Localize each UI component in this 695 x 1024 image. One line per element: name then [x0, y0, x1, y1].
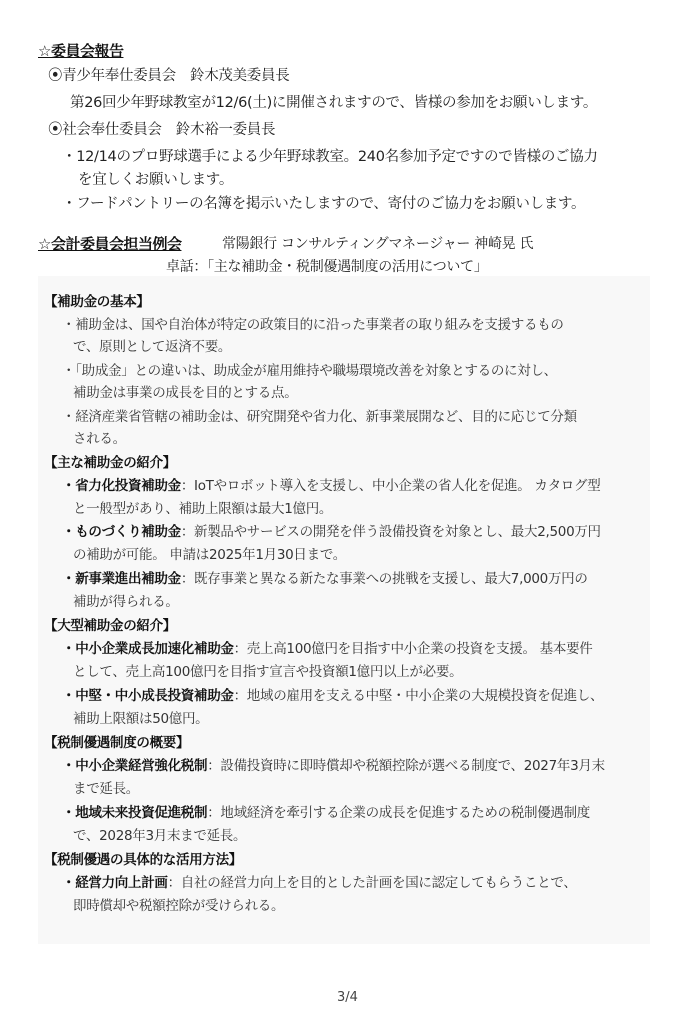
committee-text: ・フードパントリーの名簿を掲示いたしますので、寄付のご協力をお願いします。 — [62, 192, 585, 213]
tax-item: ・地域未来投資促進税制：地域経済を牽引する企業の成長を促進するための税制優遇制度 — [62, 801, 590, 821]
section-heading: 【補助金の基本】 — [44, 290, 150, 310]
subsidy-item: ・省力化投資補助金：IoTやロボット導入を支援し、中小企業の省人化を促進。 カタ… — [62, 474, 600, 494]
section-heading: 【税制優遇制度の概要】 — [44, 731, 189, 751]
subsidy-item-cont: として、売上高100億円を目指す宣言や投資額1億円以上が必要。 — [73, 660, 462, 680]
committee-text: を宜しくお願いします。 — [78, 168, 233, 189]
tax-item-cont: 即時償却や税額控除が受けられる。 — [73, 894, 284, 914]
tax-item: ・経営力向上計画：自社の経営力向上を目的とした計画を国に認定してもらうことで、 — [62, 871, 577, 891]
tax-item-cont: まで延長。 — [73, 777, 139, 797]
section-heading: 【税制優遇の具体的な活用方法】 — [44, 848, 242, 868]
subsidy-item-cont: 補助が得られる。 — [73, 590, 179, 610]
section-heading: 【大型補助金の紹介】 — [44, 614, 176, 634]
committee-heading: ⦿青少年奉仕委員会 鈴木茂美委員長 — [48, 64, 289, 85]
tax-item-cont: で、2028年3月末まで延長。 — [73, 824, 246, 844]
subsidy-item: ・新事業進出補助金：既存事業と異なる新たな事業への挑戦を支援し、最大7,000万… — [62, 567, 588, 587]
section-line: される。 — [73, 427, 126, 447]
section-line: 補助金は事業の成長を目的とする点。 — [73, 381, 297, 401]
committee-text: ・12/14のプロ野球選手による少年野球教室。240名参加予定ですので皆様のご協… — [62, 145, 598, 166]
subsidy-item-cont: の補助が可能。 申請は2025年1月30日まで。 — [73, 543, 346, 563]
example-meeting-title: ☆会計委員会担当例会 — [38, 233, 181, 254]
section-line: で、原則として返済不要。 — [73, 335, 231, 355]
talk-title: 卓話：「主な補助金・税制優遇制度の活用について」 — [166, 256, 488, 276]
subsidy-item-cont: と一般型があり、補助上限額は最大1億円。 — [73, 497, 332, 517]
committee-text: 第26回少年野球教室が12/6(土)に開催されますので、皆様の参加をお願いします… — [70, 91, 597, 112]
subsidy-item: ・中小企業成長加速化補助金：売上高100億円を目指す中小企業の投資を支援。 基本… — [62, 637, 592, 657]
tax-item: ・中小企業経営強化税制：設備投資時に即時償却や税額控除が選べる制度で、2027年… — [62, 754, 605, 774]
section-heading: 【主な補助金の紹介】 — [44, 451, 176, 471]
page-number: 3/4 — [0, 990, 695, 1005]
section-line: ・補助金は、国や自治体が特定の政策目的に沿った事業者の取り組みを支援するもの — [62, 313, 564, 333]
subsidy-item-cont: 補助上限額は50億円。 — [73, 707, 208, 727]
committee-report-title: ☆委員会報告 — [38, 40, 123, 61]
speaker-info: 常陽銀行 コンサルティングマネージャー 神崎晃 氏 — [222, 233, 533, 253]
section-line: ・「助成金」との違いは、助成金が雇用維持や職場環境改善を対象とするのに対し、 — [62, 359, 557, 379]
committee-heading: ⦿社会奉仕委員会 鈴木裕一委員長 — [48, 118, 275, 139]
subsidy-item: ・ものづくり補助金：新製品やサービスの開発を伴う設備投資を対象とし、最大2,50… — [62, 520, 601, 540]
section-line: ・経済産業省管轄の補助金は、研究開発や省力化、新事業展開など、目的に応じて分類 — [62, 405, 577, 425]
document-page: ☆委員会報告 ⦿青少年奉仕委員会 鈴木茂美委員長 第26回少年野球教室が12/6… — [0, 0, 695, 1024]
subsidy-item: ・中堅・中小成長投資補助金：地域の雇用を支える中堅・中小企業の大規模投資を促進し… — [62, 684, 603, 704]
